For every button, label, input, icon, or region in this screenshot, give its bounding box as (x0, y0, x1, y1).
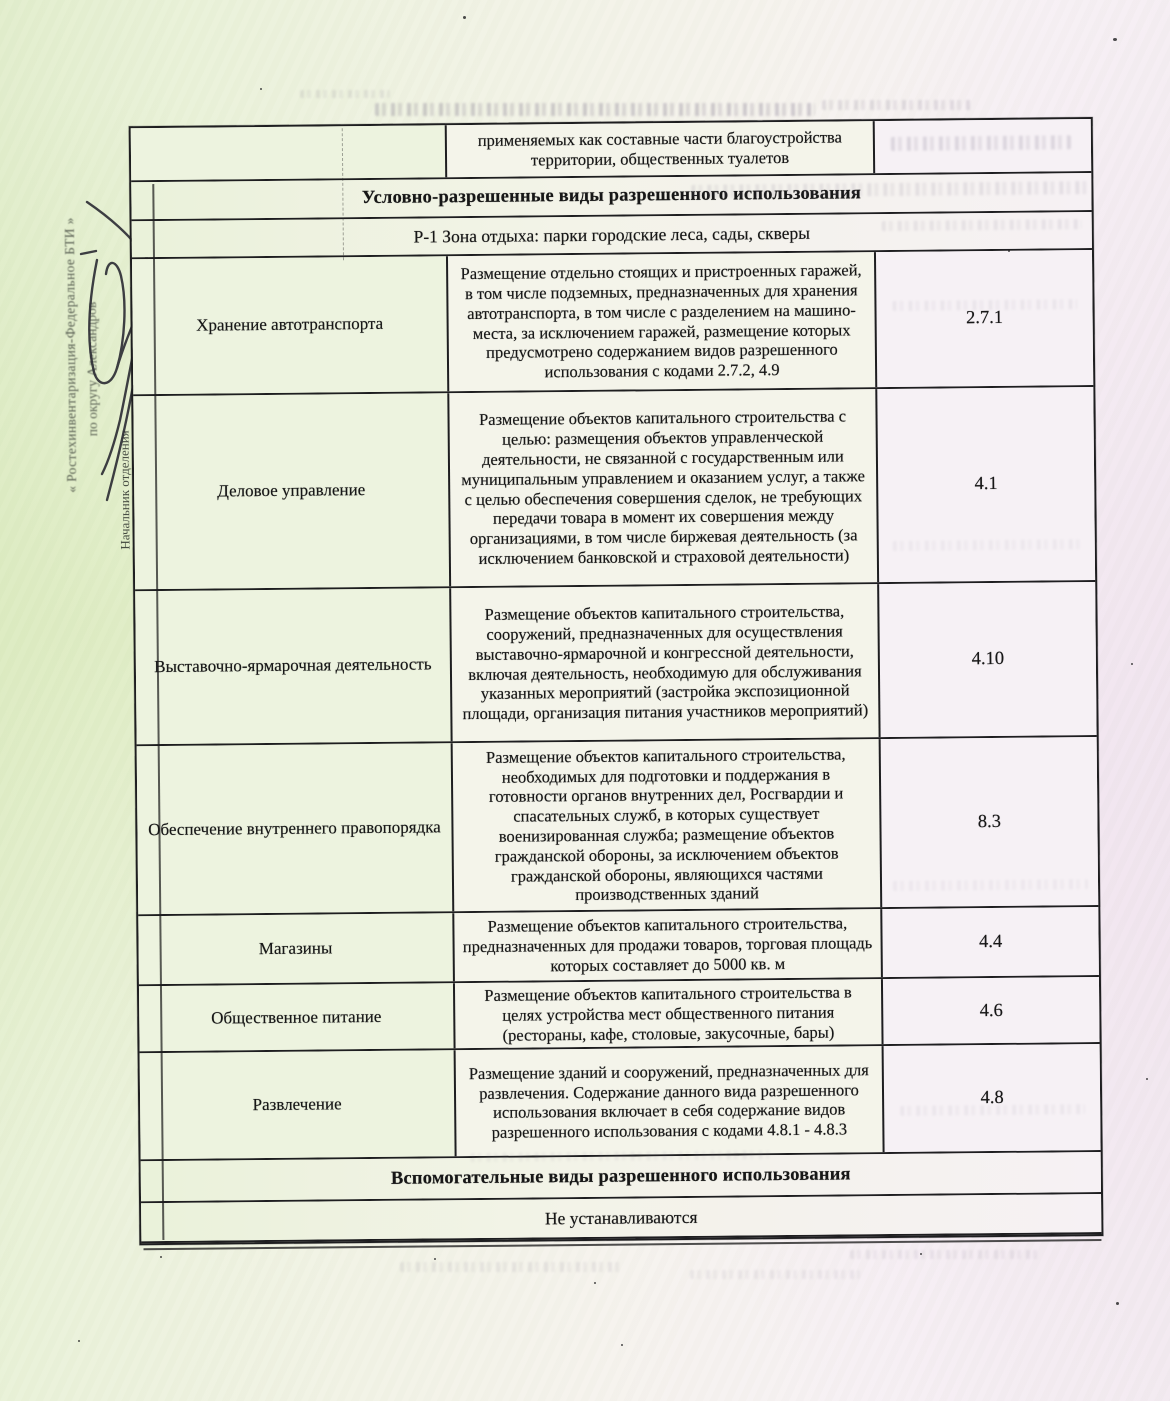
use-name-cell: Выставочно-ярмарочная деятельность (135, 588, 450, 744)
scan-speck (463, 16, 466, 19)
scan-speck (78, 1340, 80, 1342)
table-row-continuation: применяемых как составные части благоуст… (131, 119, 1091, 182)
code-cell: 2.7.1 (874, 250, 1093, 387)
table-row: Магазины Размещение объектов капитальног… (138, 907, 1099, 986)
description-cell: Размещение объектов капитального строите… (452, 909, 881, 981)
code-cell: 4.8 (882, 1044, 1101, 1152)
table-row: Обеспечение внутреннего правопорядка Раз… (137, 737, 1099, 916)
code-cell: 4.1 (875, 387, 1095, 582)
description-cell: Размещение объектов капитального строите… (453, 979, 882, 1048)
code-cell: 8.3 (879, 737, 1099, 907)
land-use-table: применяемых как составные части благоуст… (129, 117, 1104, 1246)
bleed-through-noise (850, 1250, 1040, 1259)
auxiliary-value-row: Не устанавливаются (141, 1194, 1101, 1243)
description-cell: Размещение объектов капитального строите… (451, 739, 881, 911)
auxiliary-value: Не устанавливаются (141, 1194, 1101, 1241)
table-row: Развлечение Размещение зданий и сооружен… (140, 1044, 1101, 1161)
code-cell: 4.10 (877, 582, 1096, 737)
scan-speck (1131, 663, 1133, 665)
bleed-through-noise (400, 1262, 620, 1272)
table-row: Общественное питание Размещение объектов… (139, 977, 1100, 1054)
description-cell: применяемых как составные части благоуст… (445, 121, 873, 177)
use-name-cell: Обеспечение внутреннего правопорядка (137, 743, 453, 914)
empty-cell (131, 125, 445, 180)
scan-speck (1146, 1078, 1148, 1080)
scan-speck (160, 1256, 162, 1258)
use-name-cell: Развлечение (140, 1051, 455, 1160)
use-name-cell: Деловое управление (133, 393, 449, 589)
bleed-through-noise (690, 1270, 860, 1279)
scan-speck (260, 88, 262, 90)
empty-code-cell (873, 119, 1091, 173)
code-cell: 4.4 (880, 907, 1099, 977)
scan-speck (434, 1258, 436, 1260)
scan-speck (621, 1344, 623, 1346)
scan-speck (1113, 38, 1117, 41)
description-cell: Размещение отдельно стоящих и пристроенн… (446, 252, 875, 391)
bleed-through-noise (375, 103, 815, 116)
use-name-cell: Хранение автотранспорта (132, 256, 447, 394)
use-name-cell: Общественное питание (139, 983, 454, 1051)
scan-speck (1008, 250, 1010, 252)
description-cell: Размещение объектов капитального строите… (449, 584, 878, 741)
section-header: Условно-разрешенные виды разрешенного ис… (131, 173, 1091, 219)
bleed-through-noise (822, 100, 972, 110)
auxiliary-header: Вспомогательные виды разрешенного исполь… (141, 1152, 1101, 1201)
table-row: Выставочно-ярмарочная деятельность Разме… (135, 582, 1096, 746)
use-name-cell: Магазины (138, 913, 453, 984)
scanned-document-page: { "page": { "kind": "scanned zoning regu… (0, 0, 1170, 1401)
scan-speck (594, 1282, 596, 1284)
description-cell: Размещение объектов капитального строите… (447, 389, 877, 586)
bleed-through-noise (300, 90, 390, 98)
table-row: Хранение автотранспорта Размещение отдел… (132, 250, 1093, 396)
table-row: Деловое управление Размещение объектов к… (133, 387, 1095, 591)
scan-speck (920, 1253, 922, 1255)
scan-speck (1116, 1302, 1119, 1305)
description-cell: Размещение зданий и сооружений, предназн… (454, 1046, 883, 1156)
code-cell: 4.6 (881, 977, 1100, 1044)
document-table-region: применяемых как составные части благоуст… (129, 117, 1104, 1246)
